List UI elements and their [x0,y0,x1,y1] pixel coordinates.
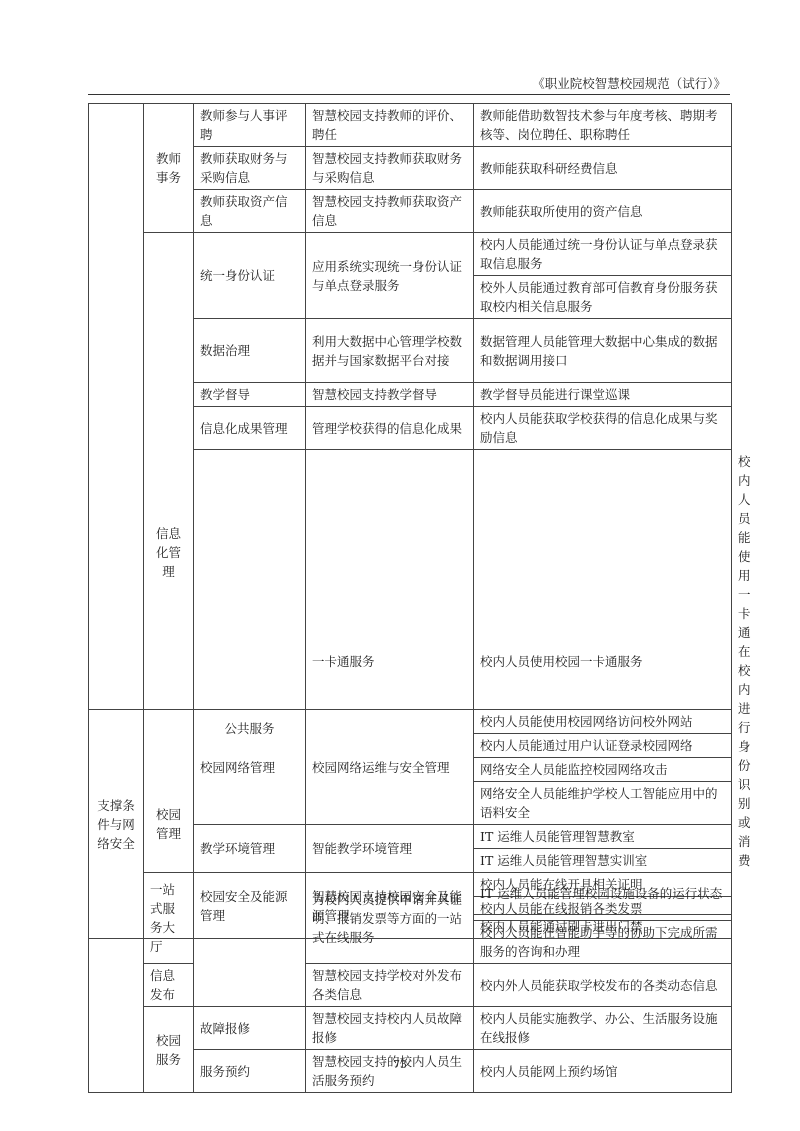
page-number: 73 [0,1058,800,1071]
document-title: 《职业院校智慧校园规范（试行）》 [532,74,726,92]
req-cell: IT 运维人员能管理校园设施设备的运行状态 [474,873,732,915]
running-header: 《职业院校智慧校园规范（试行）》 [88,72,730,95]
desc-cell: 智慧校园支持教师的评价、聘任 [306,104,474,147]
desc-cell: 智慧校园支持学校对外发布各类信息 [306,964,474,1007]
req-cell: 校内人员能使用校园网络访问校外网站 [474,710,732,734]
desc-cell: 智慧校园支持教学督导 [306,383,474,407]
level1-cell: 支撑条件与网络安全 [89,710,144,939]
desc-cell: 智慧校园支持校内人员故障报修 [306,1007,474,1050]
item-cell: 信息化成果管理 [194,407,306,450]
spec-table-support: 支撑条件与网络安全 校园管理 校园网络管理 校园网络运维与安全管理 校内人员能使… [88,709,732,939]
req-cell: 校内人员能通过刷卡进出门禁 [474,915,732,939]
desc-cell: 智能教学环境管理 [306,825,474,873]
level1-cell [89,104,144,1093]
req-cell: 校外人员能通过教育部可信教育身份服务获取校内相关信息服务 [474,276,732,319]
req-cell: 校内人员能获取学校获得的信息化成果与奖励信息 [474,407,732,450]
req-cell: 网络安全人员能监控校园网络攻击 [474,758,732,782]
req-cell: 教学督导员能进行课堂巡课 [474,383,732,407]
spec-table: 教师事务 教师参与人事评聘 智慧校园支持教师的评价、聘任 教师能借助数智技术参与… [88,103,732,1093]
item-cell: 教学督导 [194,383,306,407]
item-cell: 教师获取财务与采购信息 [194,147,306,190]
item-cell: 信息发布 [144,964,194,1007]
item-cell: 统一身份认证 [194,233,306,319]
table-row: 信息发布 智慧校园支持学校对外发布各类信息 校内外人员能获取学校发布的各类动态信… [89,964,732,1007]
table-row: 校园服务 故障报修 智慧校园支持校内人员故障报修 校内人员能实施教学、办公、生活… [89,1007,732,1050]
req-cell: 教师能获取科研经费信息 [474,147,732,190]
item-cell: 教师参与人事评聘 [194,104,306,147]
item-cell: 校园安全及能源管理 [194,873,306,939]
desc-cell: 智慧校园支持校园安全及能源管理 [306,873,474,939]
item-cell: 故障报修 [194,1007,306,1050]
item-cell: 教师获取资产信息 [194,190,306,233]
item-cell: 教学环境管理 [194,825,306,873]
desc-cell: 智慧校园支持教师获取财务与采购信息 [306,147,474,190]
req-cell: 教师能获取所使用的资产信息 [474,190,732,233]
item-cell: 服务预约 [194,1050,306,1093]
req-cell: 校内人员能通过用户认证登录校园网络 [474,734,732,758]
desc-cell: 校园网络运维与安全管理 [306,710,474,825]
desc-cell: 利用大数据中心管理学校数据并与国家数据平台对接 [306,319,474,383]
req-cell: 校内人员能通过统一身份认证与单点登录获取信息服务 [474,233,732,276]
req-cell: 校内外人员能获取学校发布的各类动态信息 [474,964,732,1007]
item-cell: 数据治理 [194,319,306,383]
level2-cell: 教师事务 [144,104,194,233]
table-row: 教师事务 教师参与人事评聘 智慧校园支持教师的评价、聘任 教师能借助数智技术参与… [89,104,732,147]
table-row: 支撑条件与网络安全 校园管理 校园网络管理 校园网络运维与安全管理 校内人员能使… [89,710,732,734]
req-cell: IT 运维人员能管理智慧实训室 [474,849,732,873]
desc-cell: 管理学校获得的信息化成果 [306,407,474,450]
desc-cell: 智慧校园支持的校内人员生活服务预约 [306,1050,474,1093]
req-cell: 校内人员能网上预约场馆 [474,1050,732,1093]
req-cell: 校内人员能实施教学、办公、生活服务设施在线报修 [474,1007,732,1050]
item-cell: 校园网络管理 [194,710,306,825]
desc-cell: 应用系统实现统一身份认证与单点登录服务 [306,233,474,319]
req-cell: IT 运维人员能管理智慧教室 [474,825,732,849]
desc-cell: 智慧校园支持教师获取资产信息 [306,190,474,233]
table-row: 信息化管理 统一身份认证 应用系统实现统一身份认证与单点登录服务 校内人员能通过… [89,233,732,276]
level2-cell: 校园管理 [144,710,194,939]
req-cell: 教师能借助数智技术参与年度考核、聘期考核等、岗位聘任、职称聘任 [474,104,732,147]
level2-cell: 校园服务 [144,1007,194,1093]
req-cell: 网络安全人员能维护学校人工智能应用中的语料安全 [474,782,732,825]
req-cell: 数据管理人员能管理大数据中心集成的数据和数据调用接口 [474,319,732,383]
